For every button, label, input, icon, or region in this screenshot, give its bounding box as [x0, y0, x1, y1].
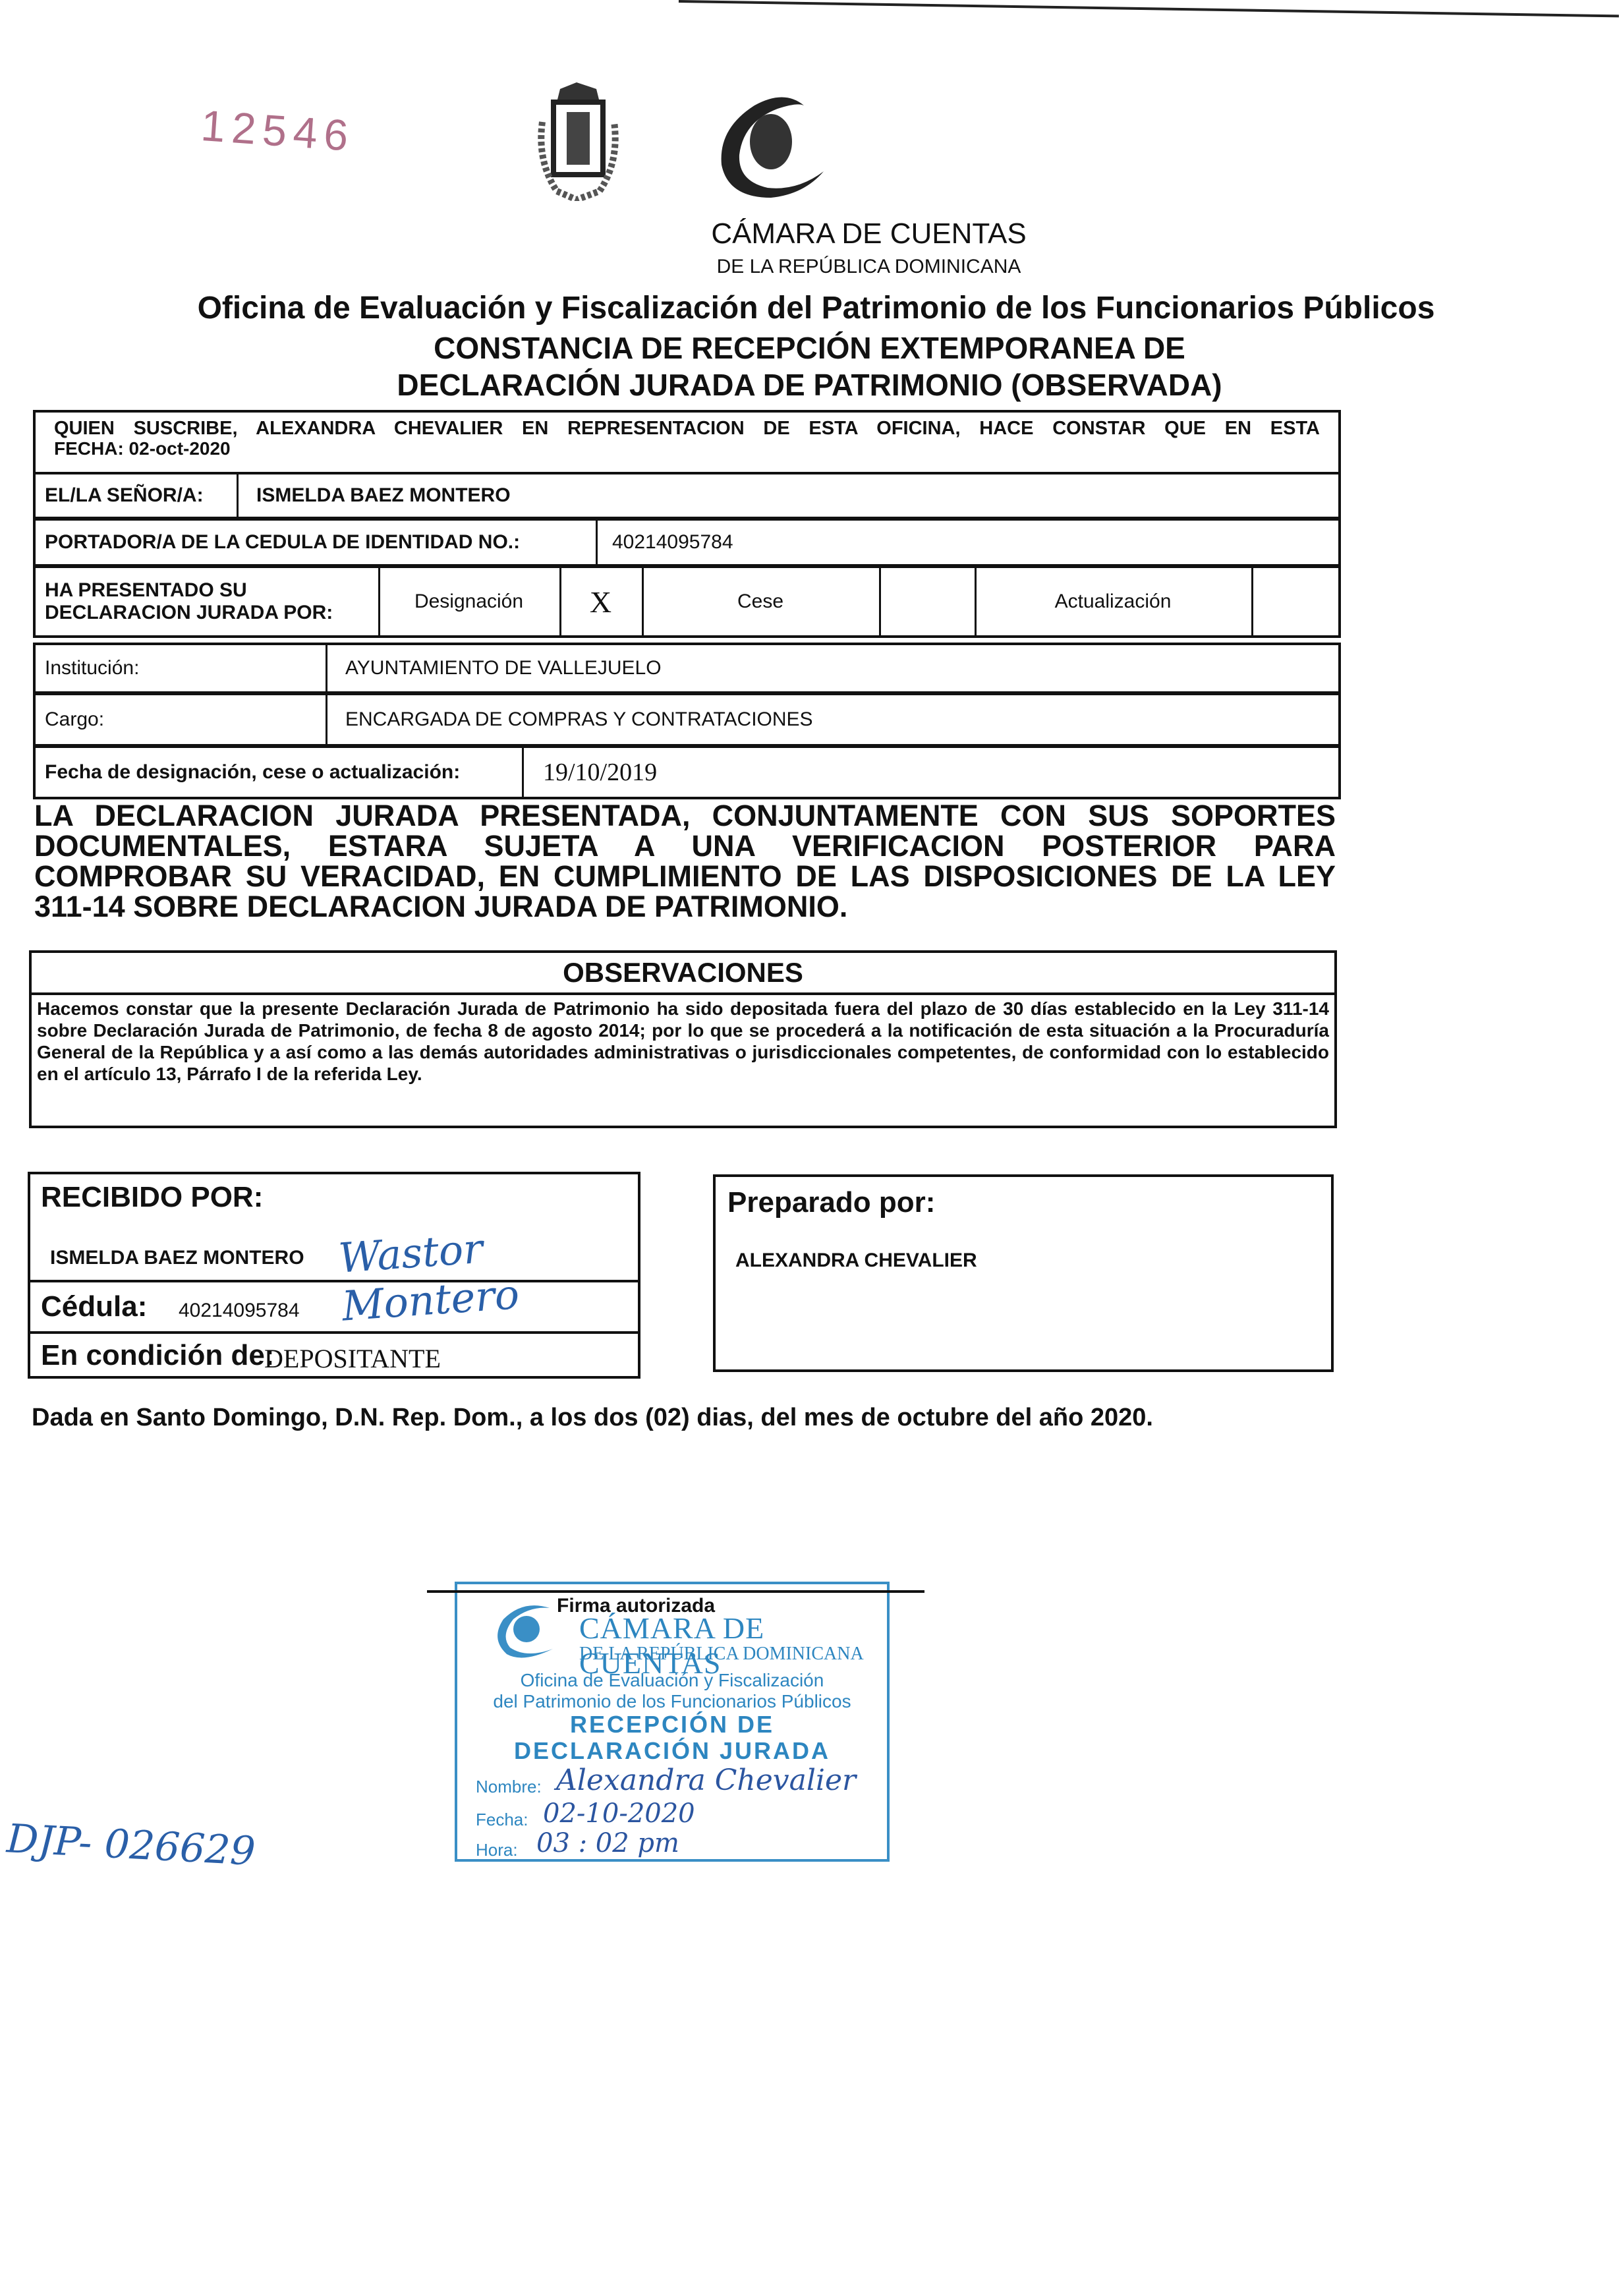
stamp-title-line-2: DECLARACIÓN JURADA [457, 1737, 887, 1765]
stamp-nombre-label: Nombre: [476, 1777, 542, 1797]
declaration-type-row: HA PRESENTADO SU DECLARACION JURADA POR:… [33, 565, 1341, 638]
stamp-hora-label: Hora: [476, 1840, 518, 1860]
recibido-cedula-label: Cédula: [41, 1290, 147, 1323]
declaration-type-label-1: HA PRESENTADO SU [45, 579, 247, 602]
signature-line [427, 1590, 924, 1593]
stamp-office-line-1: Oficina de Evaluación y Fiscalización [457, 1670, 887, 1691]
option-actualizacion-label: Actualización [975, 568, 1251, 635]
institucion-value: AYUNTAMIENTO DE VALLEJUELO [345, 645, 662, 691]
option-cese-checkbox[interactable] [879, 568, 975, 635]
observaciones-text: Hacemos constar que la presente Declarac… [32, 995, 1334, 1087]
observaciones-title: OBSERVACIONES [32, 953, 1334, 995]
fecha-row: Fecha de designación, cese o actualizaci… [33, 745, 1341, 799]
given-at-statement: Dada en Santo Domingo, D.N. Rep. Dom., a… [32, 1404, 1153, 1432]
recibido-box: RECIBIDO POR: ISMELDA BAEZ MONTERO Wasto… [28, 1172, 640, 1379]
verification-notice: LA DECLARACION JURADA PRESENTADA, CONJUN… [34, 801, 1336, 922]
camara-de-cuentas-logo-icon [692, 92, 830, 204]
office-name: Oficina de Evaluación y Fiscalización de… [0, 290, 1619, 326]
stamp-hora-value: 03 : 02 pm [536, 1828, 679, 1858]
fecha-value: 19/10/2019 [543, 748, 657, 797]
cargo-label: Cargo: [45, 695, 104, 744]
stamp-office-line-2: del Patrimonio de los Funcionarios Públi… [457, 1691, 887, 1712]
intro-line-1: QUIEN SUSCRIBE, ALEXANDRA CHEVALIER EN R… [54, 418, 1320, 439]
intro-date: FECHA: 02-oct-2020 [54, 439, 1320, 459]
org-subtitle: DE LA REPÚBLICA DOMINICANA [0, 256, 1619, 278]
cedula-row: PORTADOR/A DE LA CEDULA DE IDENTIDAD NO.… [33, 518, 1341, 567]
document-title: CONSTANCIA DE RECEPCIÓN EXTEMPORANEA DE … [0, 330, 1619, 403]
preparado-title: Preparado por: [727, 1186, 935, 1219]
cedula-value: 40214095784 [612, 521, 733, 564]
senor-value: ISMELDA BAEZ MONTERO [256, 474, 511, 517]
option-cese-label: Cese [642, 568, 879, 635]
stamp-org-subtitle: DE LA REPÚBLICA DOMINICANA [579, 1644, 864, 1665]
document-title-line-1: CONSTANCIA DE RECEPCIÓN EXTEMPORANEA DE [0, 330, 1619, 366]
preparado-box: Preparado por: ALEXANDRA CHEVALIER [713, 1174, 1334, 1372]
stamp-title-line-1: RECEPCIÓN DE [457, 1711, 887, 1738]
recibido-signature: Wastor Montero [337, 1213, 640, 1330]
stamp-fecha-label: Fecha: [476, 1810, 528, 1830]
recibido-cedula-value: 40214095784 [179, 1300, 300, 1322]
institucion-row: Institución: AYUNTAMIENTO DE VALLEJUELO [33, 643, 1341, 694]
observaciones-box: OBSERVACIONES Hacemos constar que la pre… [29, 950, 1337, 1128]
fecha-label: Fecha de designación, cese o actualizaci… [45, 748, 460, 797]
option-actualizacion-checkbox[interactable] [1251, 568, 1340, 635]
scan-edge-line [679, 0, 1619, 17]
cargo-value: ENCARGADA DE COMPRAS Y CONTRATACIONES [345, 695, 813, 744]
option-designacion-checkbox[interactable]: X [559, 568, 642, 635]
handwritten-code: DJP- 026629 [5, 1816, 256, 1875]
declaration-type-label-2: DECLARACION JURADA POR: [45, 602, 333, 624]
reception-stamp: CÁMARA DE CUENTAS DE LA REPÚBLICA DOMINI… [455, 1582, 890, 1862]
recibido-condicion-value: DEPOSITANTE [264, 1343, 441, 1374]
document-title-line-2: DECLARACIÓN JURADA DE PATRIMONIO (OBSERV… [0, 366, 1619, 403]
preparado-name: ALEXANDRA CHEVALIER [735, 1249, 977, 1272]
intro-box: QUIEN SUSCRIBE, ALEXANDRA CHEVALIER EN R… [33, 410, 1341, 474]
recibido-title: RECIBIDO POR: [41, 1181, 263, 1214]
stamp-fecha-value: 02-10-2020 [543, 1798, 695, 1829]
stamp-nombre-value: Alexandra Chevalier [556, 1764, 856, 1797]
org-name: CÁMARA DE CUENTAS [0, 217, 1619, 250]
cargo-row: Cargo: ENCARGADA DE COMPRAS Y CONTRATACI… [33, 693, 1341, 747]
option-designacion-label: Designación [378, 568, 559, 635]
stamped-number: 12546 [200, 100, 356, 161]
senor-label: EL/LA SEÑOR/A: [45, 474, 204, 517]
authorized-signature-label: Firma autorizada [557, 1595, 715, 1617]
cedula-label: PORTADOR/A DE LA CEDULA DE IDENTIDAD NO.… [45, 521, 520, 564]
institucion-label: Institución: [45, 645, 139, 691]
recibido-name: ISMELDA BAEZ MONTERO [50, 1247, 304, 1269]
coat-of-arms-icon [537, 82, 619, 201]
stamp-logo-icon [490, 1603, 563, 1662]
recibido-condicion-label: En condición de: [41, 1339, 274, 1372]
senor-row: EL/LA SEÑOR/A: ISMELDA BAEZ MONTERO [33, 472, 1341, 519]
